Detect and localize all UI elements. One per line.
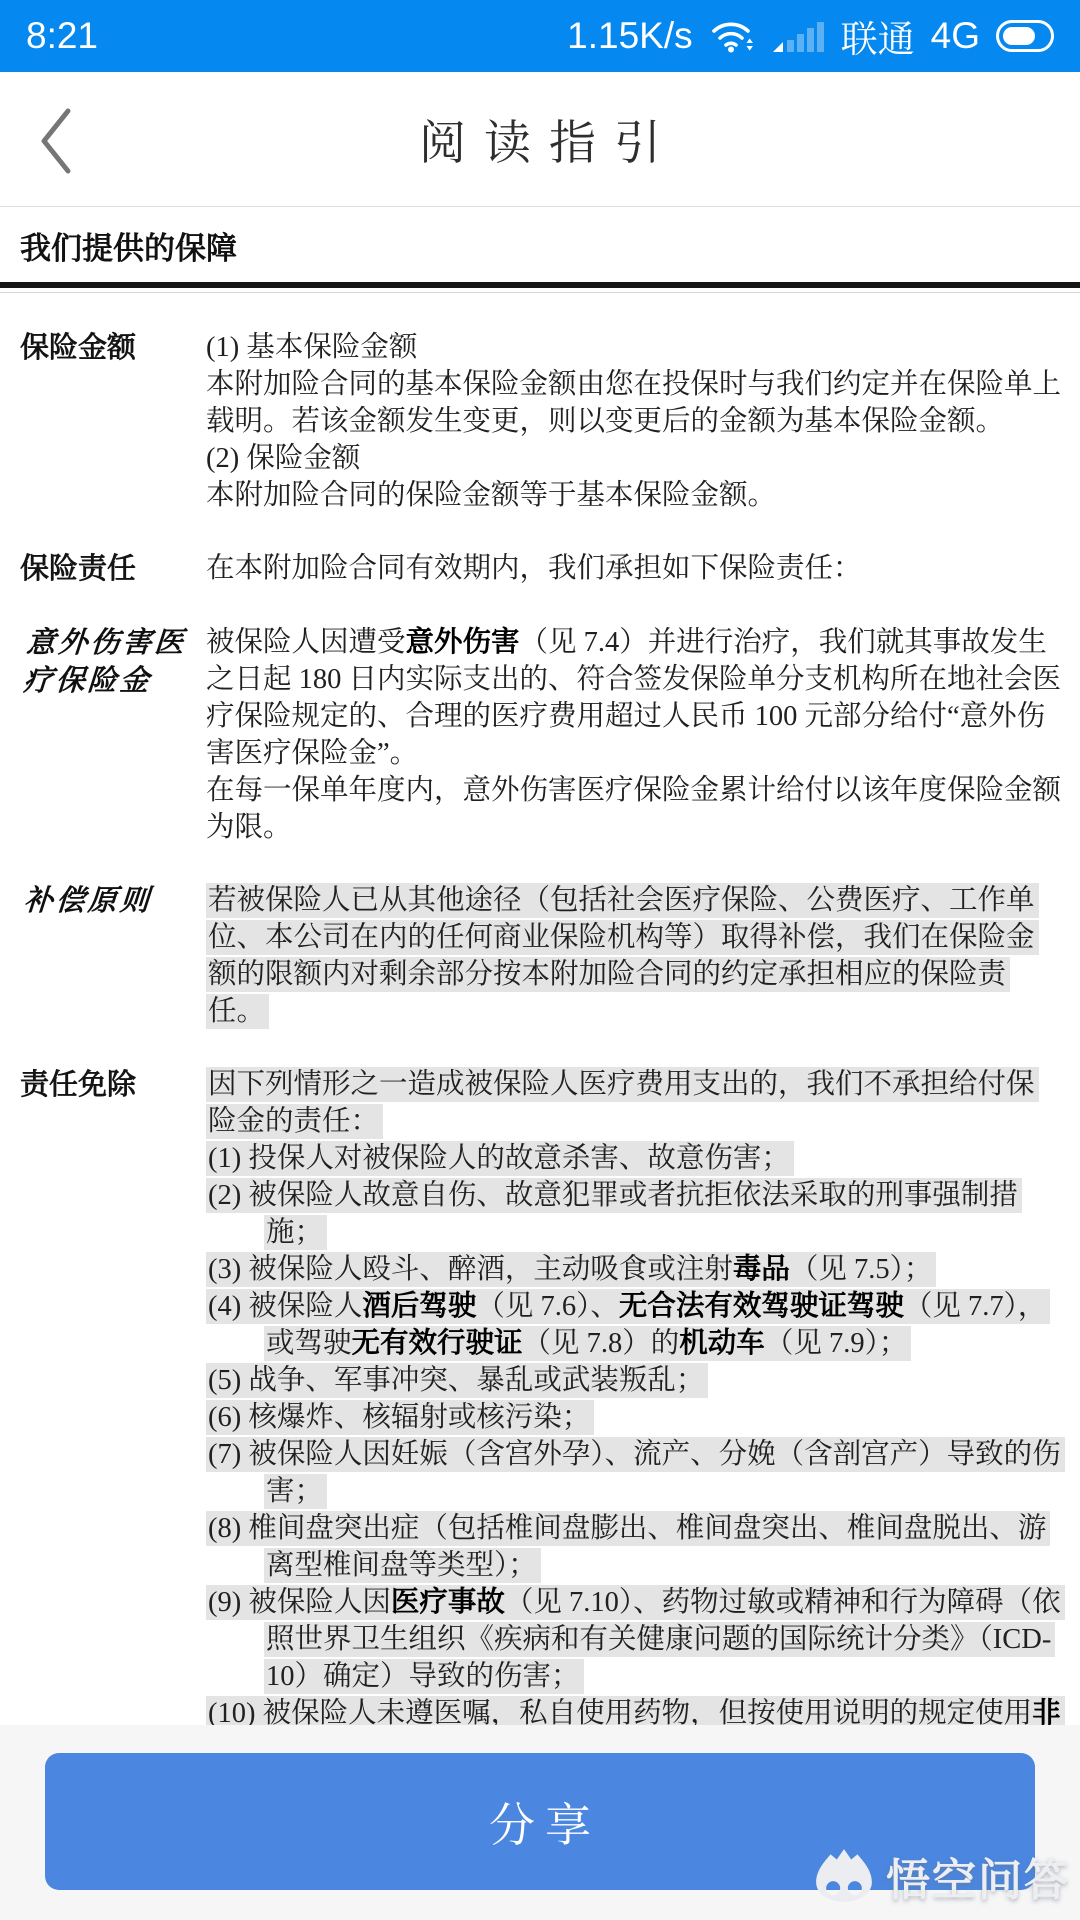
network-speed: 1.15K/s xyxy=(567,15,692,57)
section-label: 补偿原则 xyxy=(13,882,211,1030)
doc-section: 保险金额(1) 基本保险金额本附加险合同的基本保险金额由您在投保时与我们约定并在… xyxy=(18,329,1062,514)
section-label: 意外伤害医疗保险金 xyxy=(10,624,214,846)
bottom-bar: 分享 xyxy=(0,1725,1080,1920)
heading-divider xyxy=(0,282,1080,293)
paragraph: 本附加险合同的保险金额等于基本保险金额。 xyxy=(206,477,1062,514)
app-screen: 8:21 1.15K/s xyxy=(0,0,1080,1920)
paragraph: 因下列情形之一造成被保险人医疗费用支出的，我们不承担给付保险金的责任： xyxy=(206,1066,1062,1140)
doc-sections: 保险金额(1) 基本保险金额本附加险合同的基本保险金额由您在投保时与我们约定并在… xyxy=(18,329,1062,1917)
section-content: 在本附加险合同有效期内，我们承担如下保险责任： xyxy=(206,550,1062,588)
doc-section: 补偿原则若被保险人已从其他途径（包括社会医疗保险、公费医疗、工作单位、本公司在内… xyxy=(18,882,1062,1030)
section-content: 若被保险人已从其他途径（包括社会医疗保险、公费医疗、工作单位、本公司在内的任何商… xyxy=(206,882,1062,1030)
signal-strength-icon xyxy=(771,18,825,54)
doc-section-heading: 我们提供的保障 xyxy=(18,207,1062,282)
exclusion-item: (9) 被保险人因医疗事故（见 7.10）、药物过敏或精神和行为障碍（依照世界卫… xyxy=(206,1584,1062,1695)
status-bar: 8:21 1.15K/s xyxy=(0,0,1080,72)
exclusion-item: (4) 被保险人酒后驾驶（见 7.6）、无合法有效驾驶证驾驶（见 7.7），或驾… xyxy=(206,1288,1062,1362)
network-type-label: 4G xyxy=(931,15,980,57)
paragraph: 在本附加险合同有效期内，我们承担如下保险责任： xyxy=(206,550,1062,587)
exclusion-item: (6) 核爆炸、核辐射或核污染； xyxy=(206,1399,1062,1436)
navigation-bar: 阅读指引 xyxy=(0,72,1080,207)
exclusion-item: (1) 投保人对被保险人的故意杀害、故意伤害； xyxy=(206,1140,1062,1177)
carrier-label: 联通 xyxy=(841,9,915,63)
doc-section: 保险责任在本附加险合同有效期内，我们承担如下保险责任： xyxy=(18,550,1062,588)
paragraph: 在每一保单年度内，意外伤害医疗保险金累计给付以该年度保险金额为限。 xyxy=(206,772,1062,846)
paragraph: (1) 基本保险金额 xyxy=(206,329,1062,366)
exclusion-item: (7) 被保险人因妊娠（含宫外孕）、流产、分娩（含剖宫产）导致的伤害； xyxy=(206,1436,1062,1510)
exclusion-item: (2) 被保险人故意自伤、故意犯罪或者抗拒依法采取的刑事强制措施； xyxy=(206,1177,1062,1251)
paragraph: (2) 保险金额 xyxy=(206,440,1062,477)
page-title: 阅读指引 xyxy=(0,72,1080,206)
section-label: 保险责任 xyxy=(18,550,206,588)
exclusion-item: (3) 被保险人殴斗、醉酒，主动吸食或注射毒品（见 7.5）； xyxy=(206,1251,1062,1288)
document-body: 我们提供的保障 保险金额(1) 基本保险金额本附加险合同的基本保险金额由您在投保… xyxy=(0,207,1080,1917)
section-content: (1) 基本保险金额本附加险合同的基本保险金额由您在投保时与我们约定并在保险单上… xyxy=(206,329,1062,514)
section-label: 保险金额 xyxy=(18,329,206,514)
section-content: 被保险人因遭受意外伤害（见 7.4）并进行治疗，我们就其事故发生之日起 180 … xyxy=(206,624,1062,846)
paragraph: 本附加险合同的基本保险金额由您在投保时与我们约定并在保险单上载明。若该金额发生变… xyxy=(206,366,1062,440)
exclusion-item: (5) 战争、军事冲突、暴乱或武装叛乱； xyxy=(206,1362,1062,1399)
paragraph: 被保险人因遭受意外伤害（见 7.4）并进行治疗，我们就其事故发生之日起 180 … xyxy=(206,624,1062,772)
doc-section: 意外伤害医疗保险金被保险人因遭受意外伤害（见 7.4）并进行治疗，我们就其事故发… xyxy=(18,624,1062,846)
paragraph: 若被保险人已从其他途径（包括社会医疗保险、公费医疗、工作单位、本公司在内的任何商… xyxy=(206,882,1062,1030)
wifi-icon xyxy=(709,18,755,54)
clock: 8:21 xyxy=(26,15,98,57)
battery-icon xyxy=(996,20,1054,52)
exclusion-item: (8) 椎间盘突出症（包括椎间盘膨出、椎间盘突出、椎间盘脱出、游离型椎间盘等类型… xyxy=(206,1510,1062,1584)
share-button[interactable]: 分享 xyxy=(45,1753,1035,1890)
